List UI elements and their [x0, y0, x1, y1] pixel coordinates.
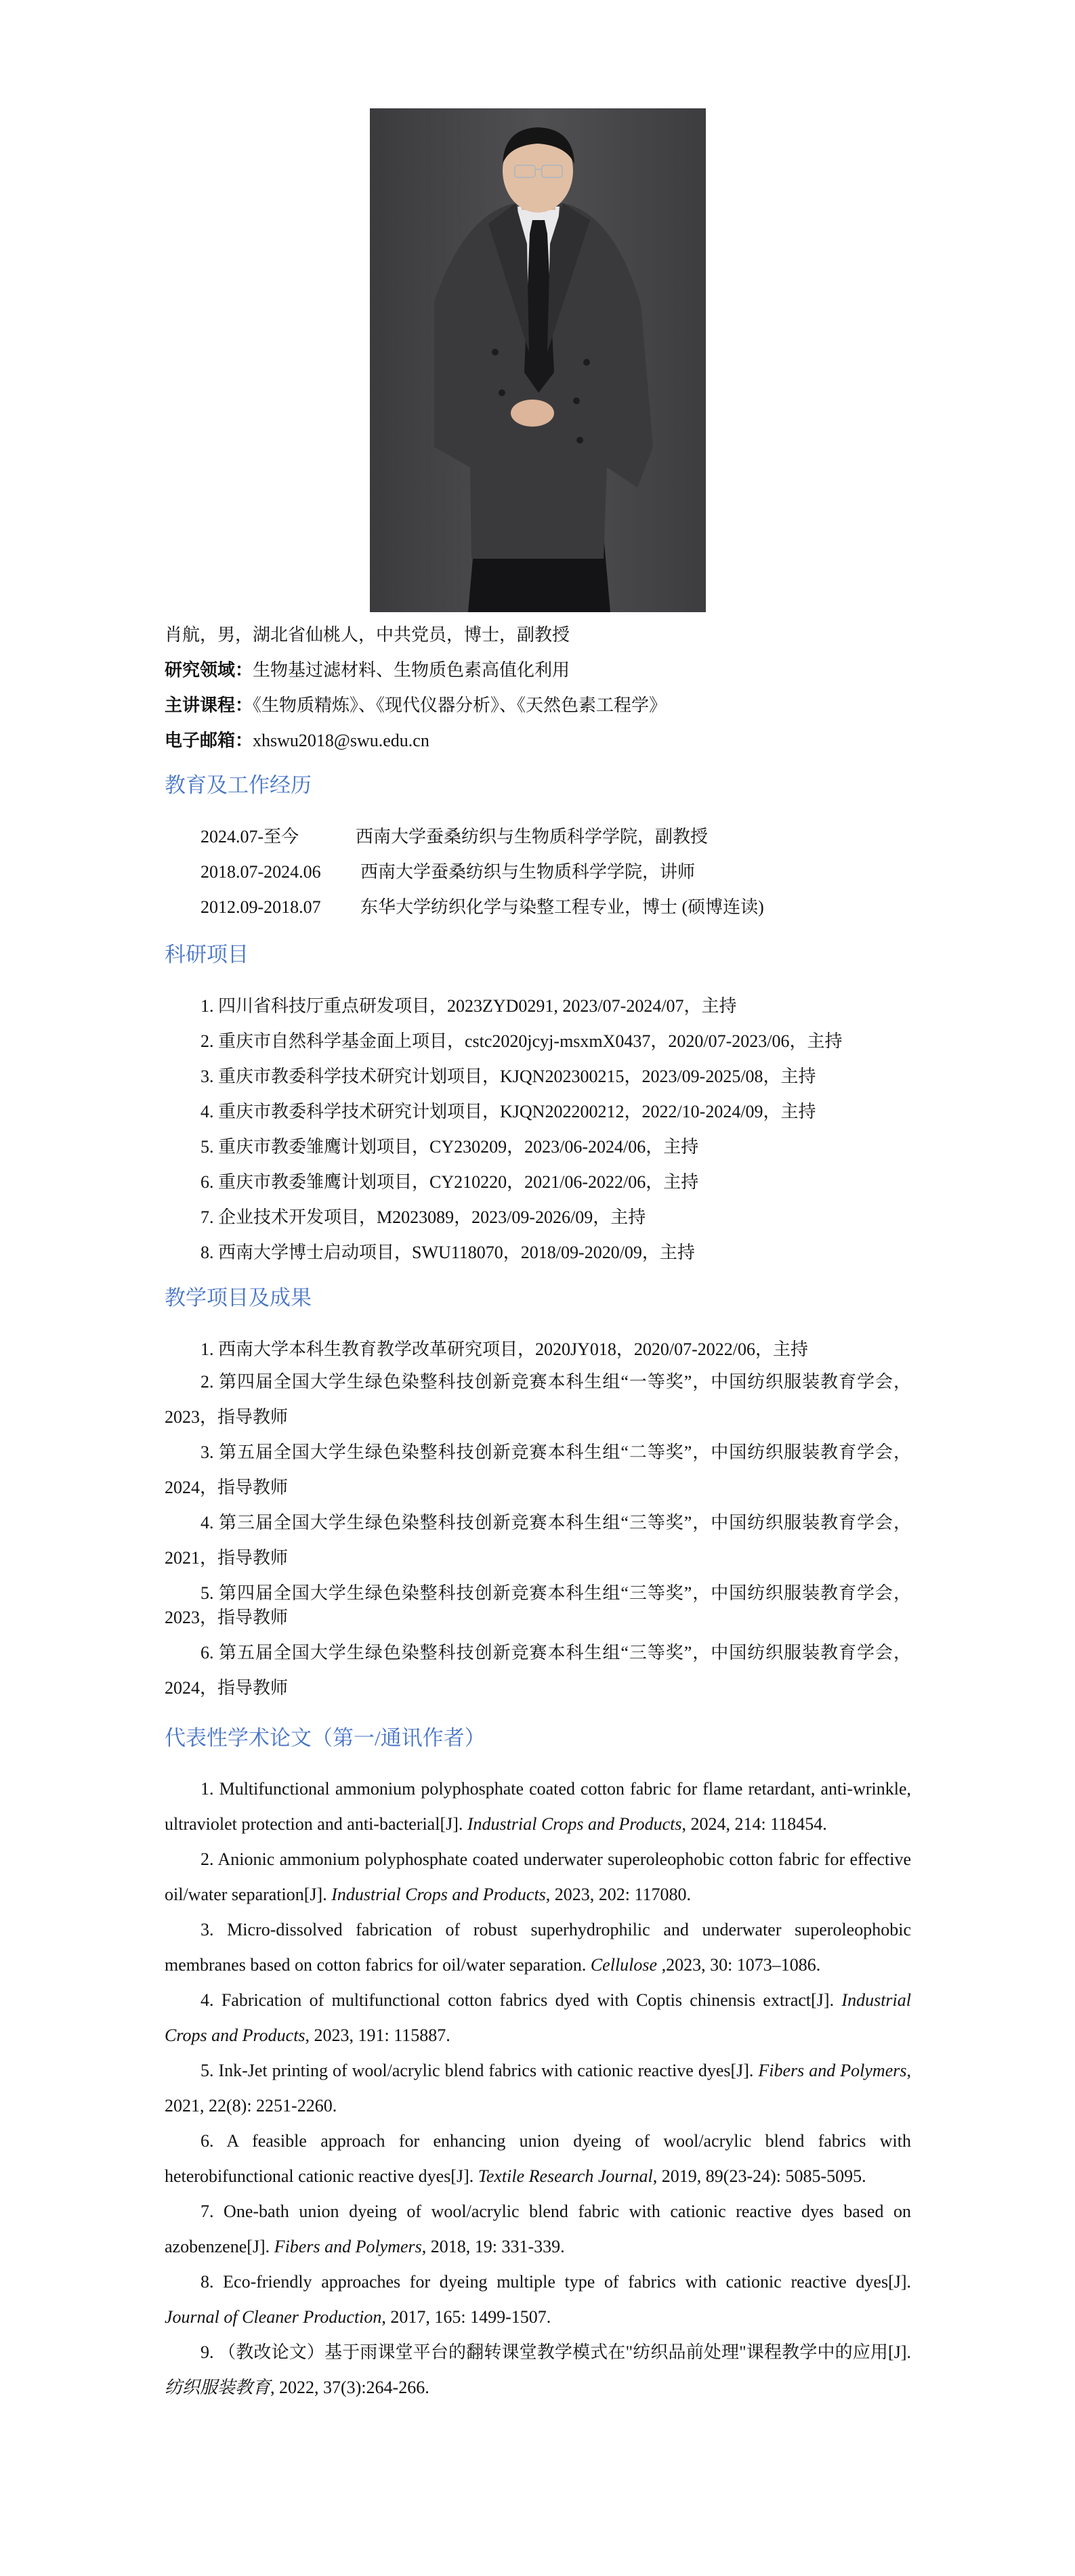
- courses: 主讲课程：《生物质精炼》、《现代仪器分析》、《天然色素工程学》: [165, 688, 911, 723]
- research-projects-heading: 科研项目: [165, 941, 249, 968]
- paper-item: 9. （教改论文）基于雨课堂平台的翻转课堂教学模式在"纺织品前处理"课程教学中的…: [165, 2335, 911, 2405]
- courses-label: 主讲课程：: [165, 695, 253, 715]
- paper-citation: ,2023, 30: 1073–1086.: [657, 1955, 820, 1975]
- paper-citation: , 2018, 19: 331-339.: [422, 2237, 565, 2256]
- paper-item: 3. Micro-dissolved fabrication of robust…: [165, 1912, 911, 1983]
- education-heading: 教育及工作经历: [165, 772, 312, 799]
- paper-item: 4. Fabrication of multifunctional cotton…: [165, 1983, 911, 2053]
- teaching-item: 5. 第四届全国大学生绿色染整科技创新竞赛本科生组“三等奖”，中国纺织服装教育学…: [165, 1576, 911, 1635]
- paper-citation: , 2024, 214: 118454.: [681, 1814, 826, 1834]
- education-desc: 东华大学纺织化学与染整工程专业，博士 (硕博连读): [360, 890, 764, 925]
- paper-citation: , 2022, 37(3):264-266.: [270, 2378, 429, 2397]
- research-project-item: 7. 企业技术开发项目，M2023089，2023/09-2026/09，主持: [165, 1200, 911, 1235]
- education-date: 2012.09-2018.07: [201, 890, 360, 925]
- education-desc: 西南大学蚕桑纺织与生物质科学学院，讲师: [360, 855, 695, 890]
- education-list: 2024.07-至今 西南大学蚕桑纺织与生物质科学学院，副教授 2018.07-…: [201, 819, 764, 925]
- basic-info: 肖航，男，湖北省仙桃人，中共党员，博士，副教授: [165, 618, 911, 653]
- research-project-item: 4. 重庆市教委科学技术研究计划项目，KJQN202200212，2022/10…: [165, 1094, 911, 1130]
- education-date: 2024.07-至今: [201, 819, 356, 855]
- education-row: 2024.07-至今 西南大学蚕桑纺织与生物质科学学院，副教授: [201, 819, 764, 855]
- email-value[interactable]: xhswu2018@swu.edu.cn: [253, 731, 429, 750]
- research-project-item: 1. 四川省科技厅重点研发项目，2023ZYD0291, 2023/07-202…: [165, 989, 911, 1024]
- paper-item: 7. One-bath union dyeing of wool/acrylic…: [165, 2194, 911, 2264]
- paper-title: 5. Ink-Jet printing of wool/acrylic blen…: [201, 2061, 758, 2080]
- paper-title: 9. （教改论文）基于雨课堂平台的翻转课堂教学模式在"纺织品前处理"课程教学中的…: [201, 2342, 911, 2362]
- portrait-photo: [370, 108, 706, 612]
- paper-citation: , 2017, 165: 1499-1507.: [381, 2307, 551, 2327]
- paper-citation: , 2023, 202: 117080.: [546, 1885, 691, 1904]
- email-label: 电子邮箱：: [165, 731, 253, 750]
- research-project-item: 8. 西南大学博士启动项目，SWU118070，2018/09-2020/09，…: [165, 1235, 911, 1270]
- education-row: 2018.07-2024.06 西南大学蚕桑纺织与生物质科学学院，讲师: [201, 855, 764, 890]
- paper-journal: Textile Research Journal: [478, 2166, 653, 2186]
- research-project-item: 5. 重庆市教委雏鹰计划项目，CY230209，2023/06-2024/06，…: [165, 1130, 911, 1165]
- profile-summary: 肖航，男，湖北省仙桃人，中共党员，博士，副教授 研究领域：生物基过滤材料、生物质…: [165, 618, 911, 758]
- paper-journal: Cellulose: [591, 1955, 657, 1975]
- teaching-item: 4. 第三届全国大学生绿色染整科技创新竞赛本科生组“三等奖”，中国纺织服装教育学…: [165, 1505, 911, 1576]
- paper-title: 4. Fabrication of multifunctional cotton…: [201, 1990, 841, 2010]
- research-projects-list: 1. 四川省科技厅重点研发项目，2023ZYD0291, 2023/07-202…: [165, 989, 911, 1270]
- research-project-item: 2. 重庆市自然科学基金面上项目，cstc2020jcyj-msxmX0437，…: [165, 1024, 911, 1059]
- papers-heading: 代表性学术论文（第一/通讯作者）: [165, 1725, 486, 1752]
- research-project-item: 6. 重庆市教委雏鹰计划项目，CY210220，2021/06-2022/06，…: [165, 1165, 911, 1200]
- research-field-value: 生物基过滤材料、生物质色素高值化利用: [253, 660, 570, 680]
- paper-journal: Fibers and Polymers: [758, 2061, 906, 2080]
- papers-list: 1. Multifunctional ammonium polyphosphat…: [165, 1772, 911, 2405]
- research-field-label: 研究领域：: [165, 660, 253, 680]
- paper-journal: 纺织服装教育: [165, 2378, 270, 2397]
- paper-journal: Journal of Cleaner Production: [165, 2307, 381, 2327]
- teaching-item: 1. 西南大学本科生教育教学改革研究项目，2020JY018，2020/07-2…: [165, 1332, 911, 1367]
- research-project-item: 3. 重庆市教委科学技术研究计划项目，KJQN202300215，2023/09…: [165, 1059, 911, 1094]
- paper-journal: Fibers and Polymers: [274, 2237, 422, 2256]
- email: 电子邮箱：xhswu2018@swu.edu.cn: [165, 723, 911, 758]
- teaching-item: 6. 第五届全国大学生绿色染整科技创新竞赛本科生组“三等奖”，中国纺织服装教育学…: [165, 1635, 911, 1706]
- education-desc: 西南大学蚕桑纺织与生物质科学学院，副教授: [356, 819, 708, 855]
- teaching-list: 1. 西南大学本科生教育教学改革研究项目，2020JY018，2020/07-2…: [165, 1332, 911, 1706]
- paper-item: 5. Ink-Jet printing of wool/acrylic blen…: [165, 2053, 911, 2124]
- teaching-heading: 教学项目及成果: [165, 1285, 312, 1312]
- education-date: 2018.07-2024.06: [201, 855, 360, 890]
- portrait-illustration: [370, 108, 706, 612]
- teaching-item: 3. 第五届全国大学生绿色染整科技创新竞赛本科生组“二等奖”，中国纺织服装教育学…: [165, 1435, 911, 1505]
- paper-journal: Industrial Crops and Products: [331, 1885, 546, 1904]
- paper-title: 8. Eco-friendly approaches for dyeing mu…: [201, 2272, 911, 2292]
- courses-value: 《生物质精炼》、《现代仪器分析》、《天然色素工程学》: [253, 695, 667, 715]
- research-field: 研究领域：生物基过滤材料、生物质色素高值化利用: [165, 653, 911, 688]
- teaching-item: 2. 第四届全国大学生绿色染整科技创新竞赛本科生组“一等奖”，中国纺织服装教育学…: [165, 1365, 911, 1435]
- education-row: 2012.09-2018.07 东华大学纺织化学与染整工程专业，博士 (硕博连读…: [201, 890, 764, 925]
- paper-item: 8. Eco-friendly approaches for dyeing mu…: [165, 2264, 911, 2335]
- paper-item: 6. A feasible approach for enhancing uni…: [165, 2124, 911, 2194]
- paper-item: 1. Multifunctional ammonium polyphosphat…: [165, 1772, 911, 1842]
- paper-journal: Industrial Crops and Products: [467, 1814, 682, 1834]
- paper-citation: , 2019, 89(23-24): 5085-5095.: [653, 2166, 866, 2186]
- paper-item: 2. Anionic ammonium polyphosphate coated…: [165, 1842, 911, 1912]
- paper-citation: , 2023, 191: 115887.: [305, 2025, 450, 2045]
